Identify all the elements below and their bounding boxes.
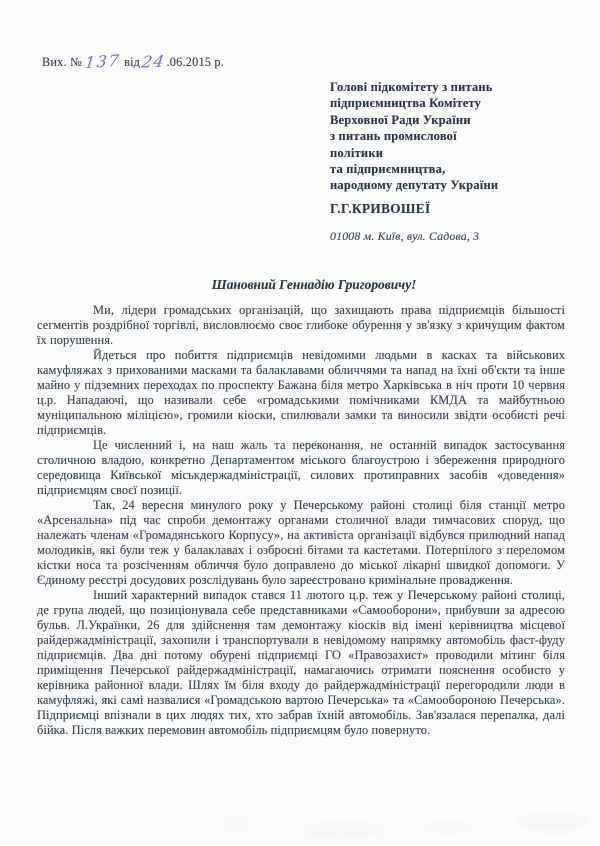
recipient-address: 01008 м. Київ, вул. Садова, 3 xyxy=(330,228,568,244)
ref-day-handwritten: 24 xyxy=(141,51,168,71)
scan-smudge xyxy=(515,815,590,831)
paragraph-5: Інший характерний випадок стався 11 люто… xyxy=(37,588,565,738)
ref-number-handwritten: 137 xyxy=(84,51,121,72)
recipient-line: підприємництва Комітету xyxy=(330,95,568,111)
recipient-line: політики xyxy=(330,145,568,161)
scan-smudge xyxy=(215,818,260,830)
recipient-line: народному депутату України xyxy=(330,177,568,193)
paragraph-1: Ми, лідери громадських організацій, що з… xyxy=(37,303,565,348)
reference-line: Вих. №137від24.06.2015 р. xyxy=(42,51,224,70)
recipient-block: Голові підкомітету з питань підприємницт… xyxy=(330,79,568,245)
ref-vid-label: від xyxy=(124,55,140,69)
paragraph-2: Йдеться про побиття підприємців невідоми… xyxy=(37,348,565,438)
paragraph-3: Це численний і, на наш жаль та переконан… xyxy=(37,438,565,498)
scan-smudge xyxy=(425,820,475,834)
ref-prefix-label: Вих. № xyxy=(42,55,82,69)
salutation: Шановний Геннадію Григоровичу! xyxy=(37,277,565,293)
letter-body: Ми, лідери громадських організацій, що з… xyxy=(37,303,565,738)
recipient-name: Г.Г.КРИВОШЕЇ xyxy=(330,201,568,217)
recipient-line: та підприємництва, xyxy=(330,161,568,177)
paragraph-4: Так, 24 вересня минулого року у Печерськ… xyxy=(37,498,565,588)
recipient-line: Голові підкомітету з питань xyxy=(330,79,568,95)
scanned-letter-page: Вих. №137від24.06.2015 р. Голові підкомі… xyxy=(0,0,600,846)
ref-date-label: .06.2015 р. xyxy=(167,55,225,69)
scan-smudge xyxy=(300,822,385,840)
recipient-line: з питань промислової xyxy=(330,128,568,144)
recipient-line: Верховної Ради України xyxy=(330,112,568,128)
